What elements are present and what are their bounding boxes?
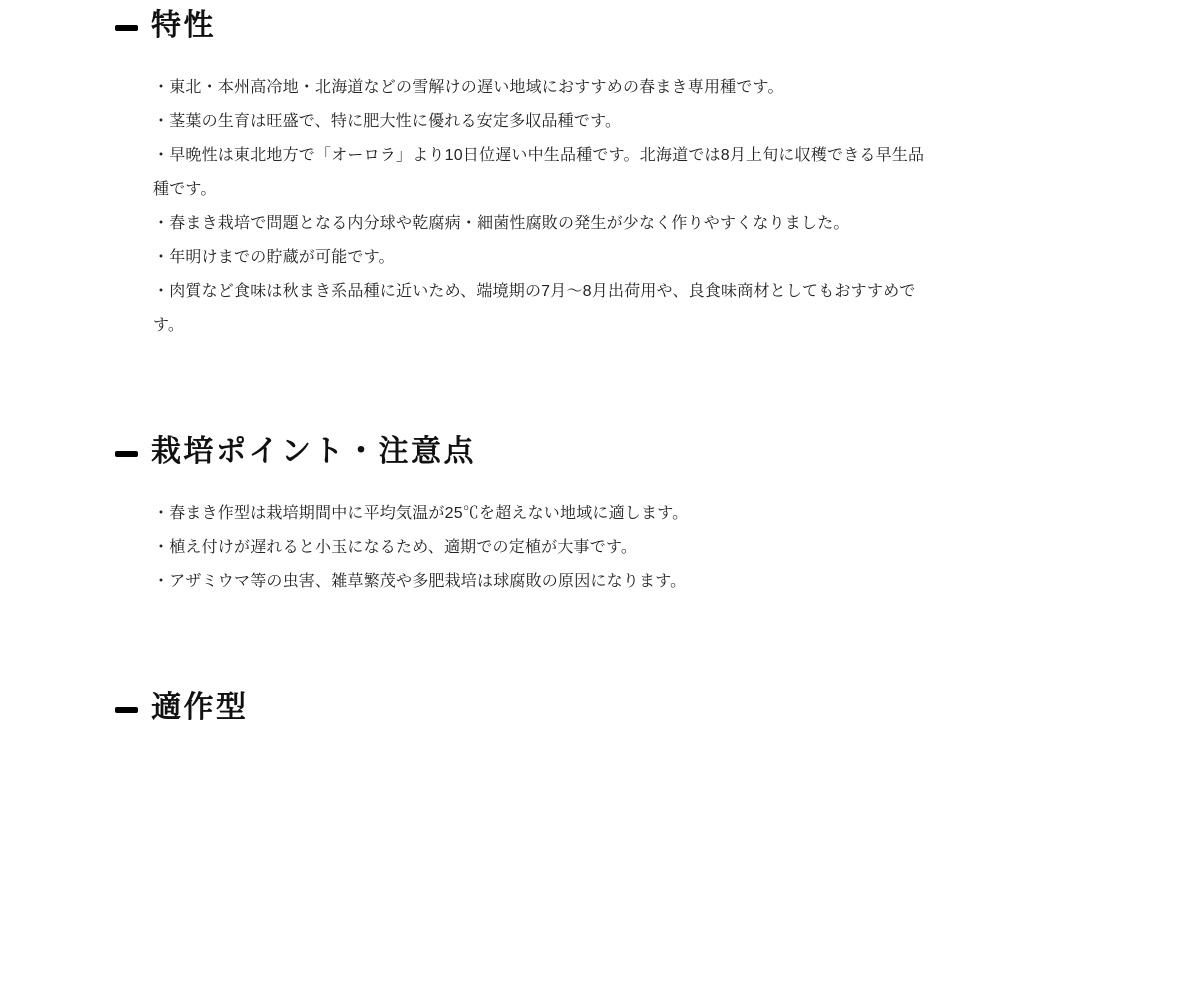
section-header-cultivation-points[interactable]: 栽培ポイント・注意点 (0, 434, 1200, 470)
section-header-suitable-crop-type[interactable]: 適作型 (0, 690, 1200, 726)
bullet-item: ・早晩性は東北地方で「オーロラ」より10日位遅い中生品種です。北海道では8月上旬… (153, 139, 933, 207)
minus-icon[interactable] (115, 707, 138, 713)
bullet-item: ・植え付けが遅れると小玉になるため、適期での定植が大事です。 (153, 531, 933, 565)
section-spacer (0, 343, 1200, 434)
minus-icon[interactable] (115, 25, 138, 31)
section-spacer (0, 599, 1200, 690)
bullet-item: ・肉質など食味は秋まき系品種に近いため、端境期の7月〜8月出荷用や、良食味商材と… (153, 275, 933, 343)
bullet-item: ・春まき栽培で問題となる内分球や乾腐病・細菌性腐敗の発生が少なく作りやすくなりま… (153, 207, 933, 241)
section-suitable-crop-type: 適作型 (0, 690, 1200, 726)
product-detail-page: 特性 ・東北・本州高冷地・北海道などの雪解けの遅い地域におすすめの春まき専用種で… (0, 0, 1200, 1000)
section-cultivation-points: 栽培ポイント・注意点 ・春まき作型は栽培期間中に平均気温が25℃を超えない地域に… (0, 434, 1200, 599)
section-body-cultivation-points: ・春まき作型は栽培期間中に平均気温が25℃を超えない地域に適します。 ・植え付け… (0, 470, 933, 599)
bullet-item: ・春まき作型は栽培期間中に平均気温が25℃を超えない地域に適します。 (153, 497, 933, 531)
bullet-item: ・年明けまでの貯蔵が可能です。 (153, 241, 933, 275)
section-header-characteristics[interactable]: 特性 (0, 8, 1200, 44)
bullet-item: ・茎葉の生育は旺盛で、特に肥大性に優れる安定多収品種です。 (153, 105, 933, 139)
bullet-item: ・東北・本州高冷地・北海道などの雪解けの遅い地域におすすめの春まき専用種です。 (153, 71, 933, 105)
section-title-characteristics: 特性 (151, 8, 216, 44)
section-title-cultivation-points: 栽培ポイント・注意点 (151, 434, 476, 470)
bullet-item: ・アザミウマ等の虫害、雑草繁茂や多肥栽培は球腐敗の原因になります。 (153, 565, 933, 599)
section-characteristics: 特性 ・東北・本州高冷地・北海道などの雪解けの遅い地域におすすめの春まき専用種で… (0, 8, 1200, 343)
minus-icon[interactable] (115, 451, 138, 457)
section-title-suitable-crop-type: 適作型 (151, 690, 249, 726)
section-body-characteristics: ・東北・本州高冷地・北海道などの雪解けの遅い地域におすすめの春まき専用種です。 … (0, 44, 933, 343)
